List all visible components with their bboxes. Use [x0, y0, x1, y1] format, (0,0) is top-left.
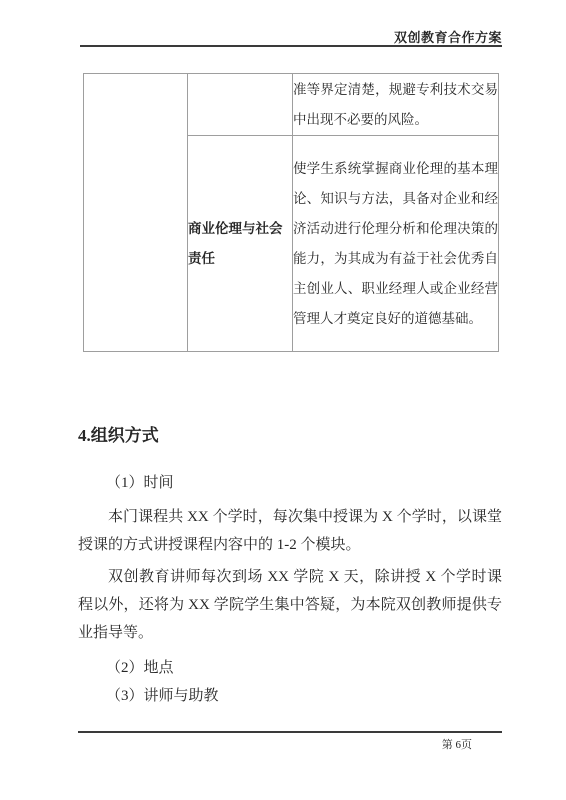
course-modules-table: 准等界定清楚，规避专利技术交易中出现不必要的风险。 商业伦理与社会责任 使学生系…: [83, 73, 499, 352]
header-title: 双创教育合作方案: [394, 27, 502, 46]
list-item-location: （2）地点: [78, 654, 502, 682]
table-cell-empty-left: [84, 74, 188, 352]
footer-rule: [78, 731, 502, 733]
table-row: 准等界定清楚，规避专利技术交易中出现不必要的风险。: [84, 74, 499, 136]
table-cell-topic-business-ethics: 商业伦理与社会责任: [188, 136, 293, 352]
paragraph-instructor-visits: 双创教育讲师每次到场 XX 学院 X 天，除讲授 X 个学时课程以外，还将为 X…: [78, 563, 502, 647]
table-cell-goal-continued: 准等界定清楚，规避专利技术交易中出现不必要的风险。: [293, 74, 499, 136]
document-page: 双创教育合作方案 准等界定清楚，规避专利技术交易中出现不必要的风险。 商业伦理与…: [0, 0, 566, 800]
table-cell-empty-topic: [188, 74, 293, 136]
header-rule: [80, 45, 502, 47]
paragraph-course-hours: 本门课程共 XX 个学时，每次集中授课为 X 个学时，以课堂授课的方式讲授课程内…: [78, 503, 502, 559]
list-item-time: （1）时间: [78, 469, 502, 497]
list-item-instructors: （3）讲师与助教: [78, 682, 502, 710]
section-organization: 4.组织方式 （1）时间 本门课程共 XX 个学时，每次集中授课为 X 个学时，…: [78, 426, 502, 710]
section-heading-organization: 4.组织方式: [78, 426, 502, 446]
table-cell-goal-business-ethics: 使学生系统掌握商业伦理的基本理论、知识与方法，具备对企业和经济活动进行伦理分析和…: [293, 136, 499, 352]
page-number: 第 6页: [442, 736, 472, 752]
